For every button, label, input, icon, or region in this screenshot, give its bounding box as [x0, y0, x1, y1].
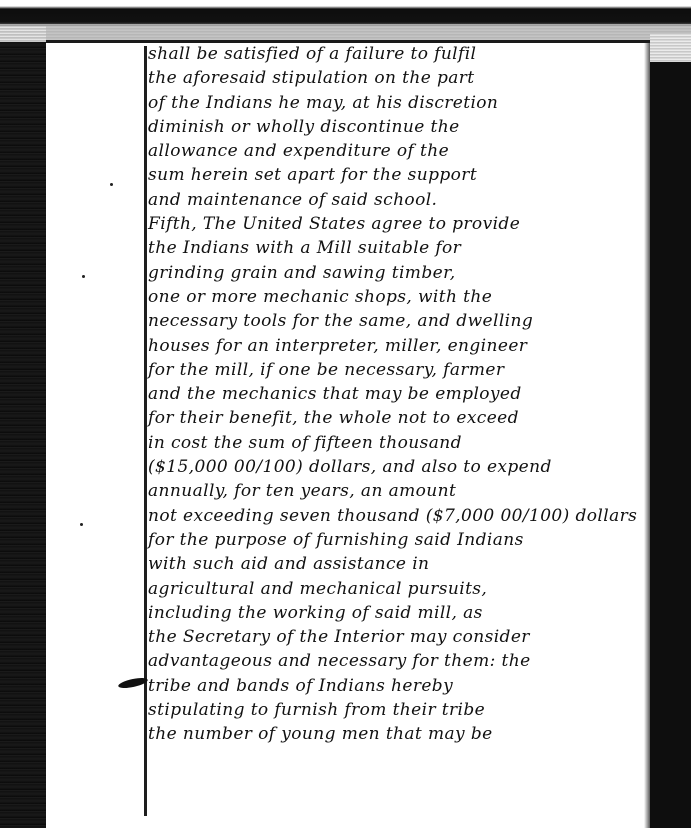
text-line: agricultural and mechanical pursuits, [148, 577, 648, 601]
text-line: stipulating to furnish from their tribe [148, 698, 648, 722]
text-line: not exceeding seven thousand ($7,000 00/… [148, 504, 648, 528]
scan-top-border [0, 0, 691, 26]
text-line: the number of young men that may be [148, 722, 648, 746]
text-line: with such aid and assistance in [148, 552, 648, 576]
scan-right-border [650, 62, 691, 828]
handwritten-text-body: shall be satisfied of a failure to fulfi… [148, 42, 648, 747]
text-line: grinding grain and sawing timber, [148, 261, 648, 285]
text-line: one or more mechanic shops, with the [148, 285, 648, 309]
text-line: and the mechanics that may be employed [148, 382, 648, 406]
text-line: diminish or wholly discontinue the [148, 115, 648, 139]
text-line: the Indians with a Mill suitable for [148, 236, 648, 260]
paper-speck [82, 275, 85, 278]
text-line: of the Indians he may, at his discretion [148, 91, 648, 115]
scan-left-border [0, 42, 46, 828]
left-margin-rule [144, 46, 147, 816]
text-line: annually, for ten years, an amount [148, 479, 648, 503]
section-heading-line: Fifth, The United States agree to provid… [148, 212, 648, 236]
text-line: for their benefit, the whole not to exce… [148, 406, 648, 430]
paper-speck [110, 183, 113, 186]
text-line: in cost the sum of fifteen thousand [148, 431, 648, 455]
text-line: ($15,000 00/100) dollars, and also to ex… [148, 455, 648, 479]
text-line: for the purpose of furnishing said India… [148, 528, 648, 552]
text-line: for the mill, if one be necessary, farme… [148, 358, 648, 382]
text-line: the Secretary of the Interior may consid… [148, 625, 648, 649]
text-line: the aforesaid stipulation on the part [148, 66, 648, 90]
paper-speck [80, 523, 83, 526]
scan-right-noise [650, 34, 691, 62]
text-line: including the working of said mill, as [148, 601, 648, 625]
text-line: allowance and expenditure of the [148, 139, 648, 163]
text-line: tribe and bands of Indians hereby [148, 674, 648, 698]
text-line: necessary tools for the same, and dwelli… [148, 309, 648, 333]
text-line: shall be satisfied of a failure to fulfi… [148, 42, 648, 66]
text-line: advantageous and necessary for them: the [148, 649, 648, 673]
text-line: and maintenance of said school. [148, 188, 648, 212]
text-line: sum herein set apart for the support [148, 163, 648, 187]
text-line: houses for an interpreter, miller, engin… [148, 334, 648, 358]
